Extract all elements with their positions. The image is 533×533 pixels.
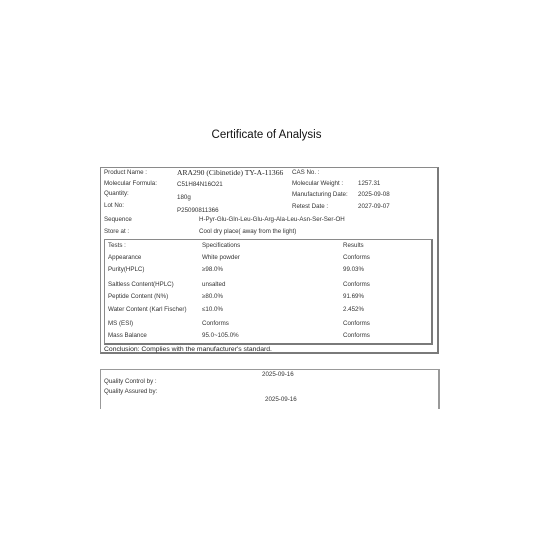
test-results-table — [104, 239, 433, 345]
quantity-label: Quantity: — [104, 190, 129, 197]
test-name-cell: Saltless Content(HPLC) — [108, 281, 174, 288]
quantity-value: 180g — [177, 194, 191, 201]
retest-date-label: Retest Date : — [292, 203, 328, 210]
cas-label: CAS No. : — [292, 169, 320, 176]
product-name-value: ARA290 (Cibinetide) TY-A-11366 — [177, 168, 283, 177]
product-name-label: Product Name : — [104, 169, 147, 176]
specification-cell: ≥80.0% — [202, 293, 223, 300]
qc-label: Quality Control by : — [104, 378, 157, 385]
specification-cell: 95.0~105.0% — [202, 332, 239, 339]
molecular-weight-label: Molecular Weight : — [292, 180, 343, 187]
qc-date: 2025-09-16 — [262, 371, 294, 378]
store-label: Store at : — [104, 228, 129, 235]
molecular-formula-label: Molecular Formula: — [104, 180, 157, 187]
result-cell: 2.452% — [343, 306, 364, 313]
result-cell: Conforms — [343, 281, 370, 288]
document-title: Certificate of Analysis — [0, 129, 533, 141]
result-cell: Conforms — [343, 254, 370, 261]
sequence-value: H-Pyr-Glu-Gln-Leu-Glu-Arg-Ala-Leu-Asn-Se… — [199, 216, 345, 223]
manufacturing-date-value: 2025-09-08 — [358, 191, 390, 198]
conclusion-text: Conclusion: Complies with the manufactur… — [104, 346, 272, 353]
result-cell: Conforms — [343, 332, 370, 339]
lot-value: P25090811366 — [177, 207, 219, 214]
test-name-cell: Peptide Content (N%) — [108, 293, 168, 300]
test-name-cell: Purity(HPLC) — [108, 266, 144, 273]
specification-cell: ≤10.0% — [202, 306, 223, 313]
table-header-cell: Specifications — [202, 242, 240, 249]
store-value: Cool dry place( away from the light) — [199, 228, 296, 235]
retest-date-value: 2027-09-07 — [358, 203, 390, 210]
qa-label: Quality Assured by: — [104, 388, 157, 395]
lot-label: Lot No: — [104, 202, 124, 209]
test-name-cell: Mass Balance — [108, 332, 147, 339]
qa-date: 2025-09-16 — [265, 396, 297, 403]
result-cell: 91.69% — [343, 293, 364, 300]
table-header-cell: Tests : — [108, 242, 126, 249]
manufacturing-date-label: Manufacturing Date: — [292, 191, 348, 198]
specification-cell: ≥98.0% — [202, 266, 223, 273]
specification-cell: unsalted — [202, 281, 225, 288]
result-cell: Conforms — [343, 320, 370, 327]
result-cell: 99.03% — [343, 266, 364, 273]
sequence-label: Sequence — [104, 216, 132, 223]
test-name-cell: MS (ESI) — [108, 320, 133, 327]
molecular-formula-value: C51H84N16O21 — [177, 181, 223, 188]
table-header-cell: Results — [343, 242, 364, 249]
test-name-cell: Appearance — [108, 254, 141, 261]
molecular-weight-value: 1257.31 — [358, 180, 380, 187]
specification-cell: White powder — [202, 254, 240, 261]
test-name-cell: Water Content (Karl Fischer) — [108, 306, 187, 313]
specification-cell: Conforms — [202, 320, 229, 327]
